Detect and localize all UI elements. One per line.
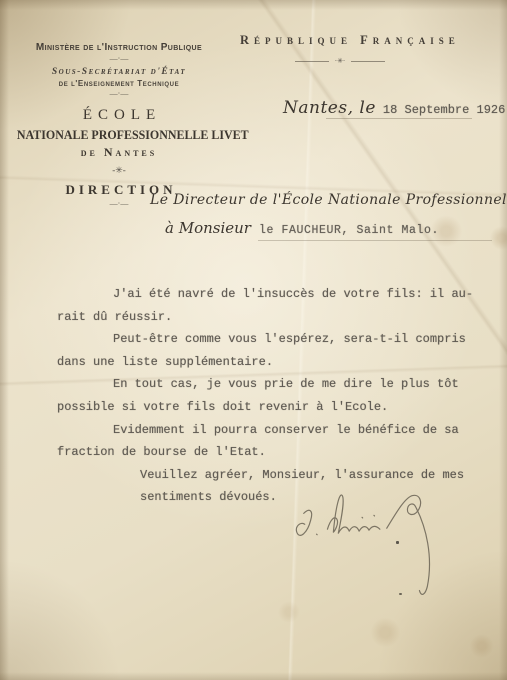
body-line: En tout cas, je vous prie de me dire le … <box>57 373 477 396</box>
typed-addressee: le FAUCHEUR, Saint Malo. <box>259 224 439 237</box>
body-line: Evidemment il pourra conserver le bénéfi… <box>57 419 477 442</box>
body-line: possible si votre fils doit revenir à l'… <box>57 396 477 419</box>
dash-dot-ornament-icon: —·— <box>8 90 230 98</box>
dash-dot-ornament-icon: —·— <box>8 55 230 63</box>
ink-speck <box>396 541 399 544</box>
printed-date-rule <box>326 118 472 119</box>
ministry-line: Ministère de l'Instruction Publique <box>8 42 230 53</box>
letterhead: Ministère de l'Instruction Publique —·— … <box>8 42 230 210</box>
ink-speck <box>399 593 402 595</box>
sender-printed-line: Le Directeur de l'École Nationale Profes… <box>150 192 507 208</box>
letter-body: J'ai été navré de l'insuccès de votre fi… <box>57 283 477 509</box>
divider-center-glyph: ·✳· <box>335 58 346 65</box>
typed-date: 18 Septembre 1926 <box>383 103 505 117</box>
printed-addressee-rule <box>258 240 492 241</box>
body-line: Veuillez agréer, Monsieur, l'assurance d… <box>57 464 477 487</box>
place-printed-label: Nantes, le <box>283 98 376 118</box>
scanned-letter-page: Ministère de l'Instruction Publique —·— … <box>0 0 507 680</box>
technical-education-line: de l'Enseignement Technique <box>8 79 230 88</box>
school-name-line1: ÉCOLE <box>8 107 230 124</box>
body-line: rait dû réussir. <box>57 306 477 329</box>
sub-secretariat-line: Sous-Secrétariat d'État <box>8 67 230 77</box>
school-name-line3: de Nantes <box>8 145 230 160</box>
republic-heading: République Française <box>240 33 445 48</box>
body-line: Peut-être comme vous l'espérez, sera-t-i… <box>57 328 477 351</box>
body-line: J'ai été navré de l'insuccès de votre fi… <box>57 283 477 306</box>
divider-ornament-icon: ·✳· <box>295 58 385 64</box>
addressee-line: à Monsieur le FAUCHEUR, Saint Malo. <box>165 219 439 238</box>
date-line: Nantes, le 18 Septembre 1926 192 <box>283 98 507 118</box>
to-printed-label: à Monsieur <box>165 219 251 237</box>
asterisk-ornament-icon: -✳- <box>8 165 230 176</box>
body-line: dans une liste supplémentaire. <box>57 351 477 374</box>
signature-handwriting-icon <box>278 487 456 607</box>
school-name-line2: NATIONALE PROFESSIONNELLE LIVET <box>17 127 221 143</box>
body-line: fraction de bourse de l'Etat. <box>57 441 477 464</box>
